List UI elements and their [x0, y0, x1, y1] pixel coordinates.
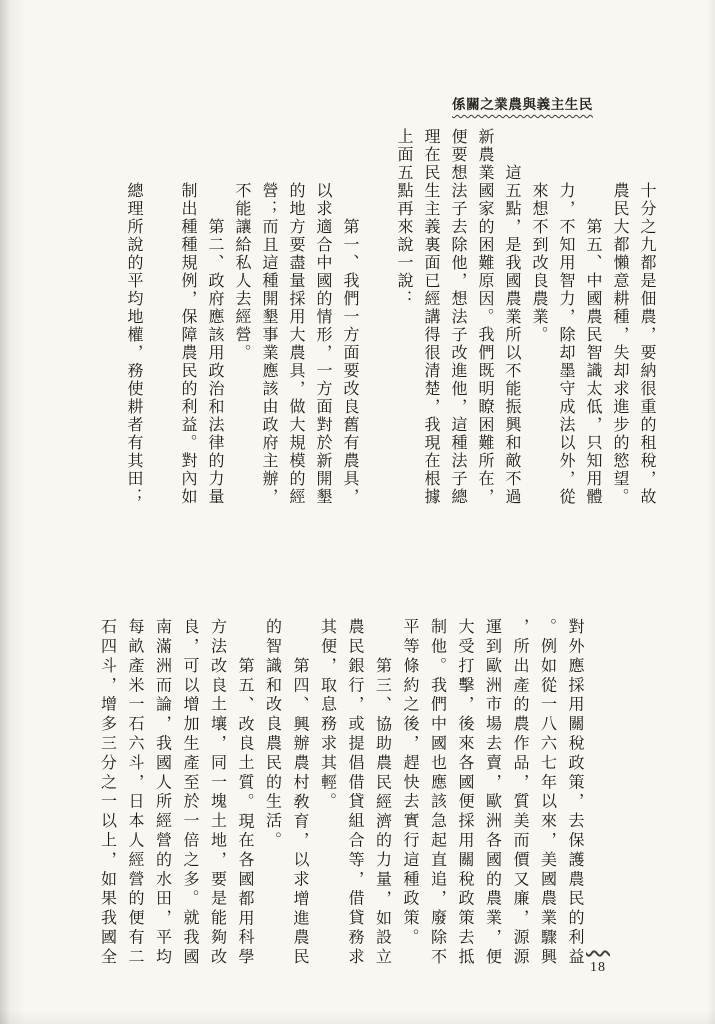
text-column: 上面五點再來說一說： — [390, 128, 417, 512]
text-column — [147, 128, 174, 512]
text-column: 農民大都懶意耕種，失却求進步的慾望。 — [606, 128, 633, 512]
text-column: 大受打擊，後來各國便採用關稅政策去抵 — [451, 618, 479, 972]
text-column: 平等條約之後，趕快去實行這種政策。 — [396, 618, 424, 972]
text-column: 對外應採用關稅政策，去保護農民的利益 — [561, 618, 589, 972]
text-column: 第一、我們一方面要改良舊有農具， — [336, 128, 363, 512]
text-column: 制他。我們中國也應該急起直追，廢除不 — [423, 618, 451, 972]
page-number-block: 九九 18 — [576, 948, 620, 976]
text-column: 第三、協助農民經濟的力量，如設立 — [368, 618, 396, 972]
text-column: 第五、中國農民智識太低，只知用體 — [579, 128, 606, 512]
text-column: 十分之九都是佃農，要納很重的租稅，故 — [633, 128, 660, 512]
page-number: 18 — [576, 960, 620, 976]
text-column: 不能讓給私人去經營。 — [228, 128, 255, 512]
text-column: 總理所說的平均地權，務使耕者有其田； — [120, 128, 147, 512]
text-column: 理在民生主義裏面已經講得很清楚，我現在根據 — [417, 128, 444, 512]
text-column: 力，不知用智力，除却墨守成法以外，從 — [552, 128, 579, 512]
text-column: 以求適合中國的情形，一方面對於新開墾 — [309, 128, 336, 512]
running-head-title: 係關之業農與義主生民 — [452, 93, 593, 113]
text-column: 便要想法子去除他，想法子改進他，這種法子總 — [444, 128, 471, 512]
text-column: 運到歐洲市場去賣，歐洲各國的農業，便 — [478, 618, 506, 972]
text-column: 每畝產米一石六斗，日本人經營的便有二 — [121, 618, 149, 972]
text-column: 。例如從一八六七年以來，美國農業驟興 — [533, 618, 561, 972]
text-column: ，所出產的農作品，質美而價又廉，源源 — [506, 618, 534, 972]
text-column: 的地方要盡量採用大農具，做大規模的經 — [282, 128, 309, 512]
text-column: 這五點，是我國農業所以不能振興和敵不過 — [498, 128, 525, 512]
text-column: 其便，取息務求其輕。 — [313, 618, 341, 972]
text-register-top: 十分之九都是佃農，要納很重的租稅，故農民大都懶意耕種，失却求進步的慾望。第五、中… — [120, 128, 660, 512]
text-column: 南滿洲而論，我國人所經營的水田，平均 — [148, 618, 176, 972]
text-column: 第二、政府應該用政治和法律的力量 — [201, 128, 228, 512]
text-column: 第四、興辦農村敎育，以求增進農民 — [286, 618, 314, 972]
text-column: 的智識和改良農民的生活。 — [258, 618, 286, 972]
text-column: 來想不到改良農業。 — [525, 128, 552, 512]
text-column — [363, 128, 390, 512]
text-column: 方法改良土壤，同一塊土地，要是能夠改 — [203, 618, 231, 972]
text-column: 良，可以增加生產至於一倍之多。就我國 — [176, 618, 204, 972]
book-page: 係關之業農與義主生民 十分之九都是佃農，要納很重的租稅，故農民大都懶意耕種，失却… — [0, 0, 715, 1024]
text-column: 第五、改良土質。現在各國都用科學 — [231, 618, 259, 972]
squiggle-mark: 九九 — [576, 948, 620, 960]
text-column: 石四斗，增多三分之一以上，如果我國全 — [93, 618, 121, 972]
text-column: 營；而且這種開墾事業應該由政府主辦， — [255, 128, 282, 512]
text-register-bottom: 對外應採用關稅政策，去保護農民的利益。例如從一八六七年以來，美國農業驟興，所出產… — [92, 618, 588, 972]
scanned-book-page: { "page": { "header_title_display_rtl": … — [0, 0, 715, 1024]
text-column: 制出種種規例，保障農民的利益。對內如 — [174, 128, 201, 512]
text-column: 新農業國家的困難原因。我們既明瞭困難所在， — [471, 128, 498, 512]
text-column: 農民銀行，或提倡借貸組合等，借貸務求 — [341, 618, 369, 972]
